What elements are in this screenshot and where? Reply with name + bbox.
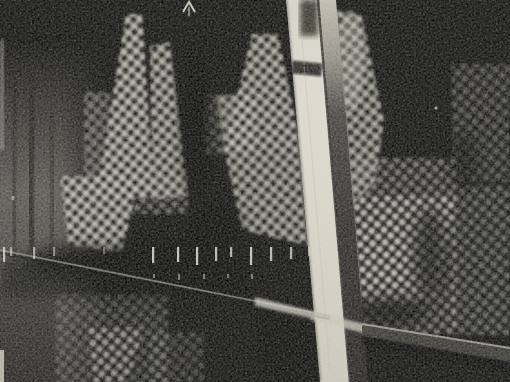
photo-canvas xyxy=(0,0,510,382)
halftone-screen-overlay xyxy=(0,0,510,382)
halftone-photograph xyxy=(0,0,510,382)
